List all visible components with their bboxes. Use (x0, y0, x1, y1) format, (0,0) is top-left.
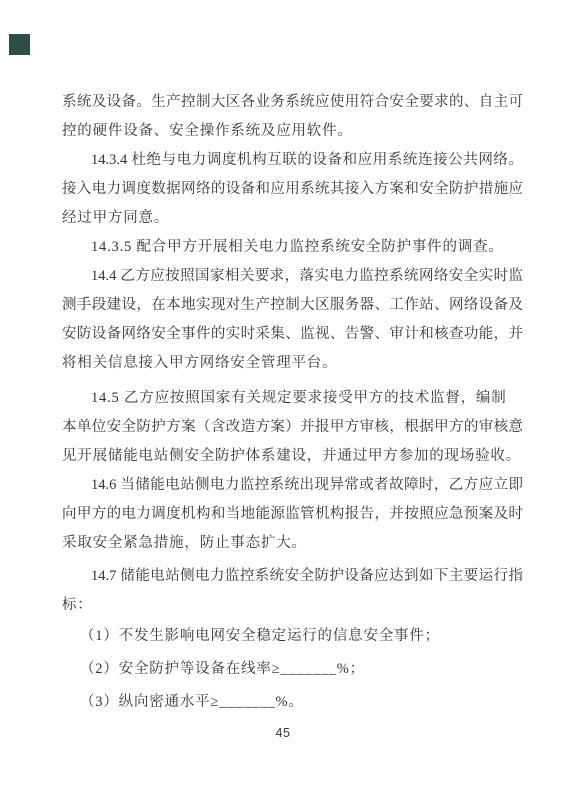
clause-14-6: 14.6 当储能电站侧电力监控系统出现异常或者故障时，乙方应立即 (62, 471, 523, 500)
list-item-2: （2）安全防护等设备在线率≥_______%； (62, 653, 523, 686)
list-item-1: （1）不发生影响电网安全稳定运行的信息安全事件； (62, 620, 523, 653)
document-text-block: 系统及设备。生产控制大区各业务系统应使用符合安全要求的、自主可 控的硬件设备、安… (62, 88, 523, 719)
text-line: 安防设备网络安全事件的实时采集、监视、告警、审计和核查功能，并 (62, 320, 523, 349)
clause-14-4: 14.4 乙方应按照国家相关要求，落实电力监控系统网络安全实时监 (62, 262, 523, 291)
text-line: 系统及设备。生产控制大区各业务系统应使用符合安全要求的、自主可 (62, 88, 523, 117)
page-number: 45 (0, 726, 566, 740)
text-line: 标： (62, 591, 523, 620)
text-line: 经过甲方同意。 (62, 204, 523, 233)
text-line: 控的硬件设备、安全操作系统及应用软件。 (62, 117, 523, 146)
text-line: 将相关信息接入甲方网络安全管理平台。 (62, 349, 523, 378)
text-line: 见开展储能电站侧安全防护体系建设，并通过甲方参加的现场验收。 (62, 442, 523, 471)
text-line: 本单位安全防护方案（含改造方案）并报甲方审核，根据甲方的审核意 (62, 413, 523, 442)
text-line: 测手段建设，在本地实现对生产控制大区服务器、工作站、网络设备及 (62, 291, 523, 320)
text-line: 接入电力调度数据网络的设备和应用系统其接入方案和安全防护措施应 (62, 175, 523, 204)
clause-14-3-4: 14.3.4 杜绝与电力调度机构互联的设备和应用系统连接公共网络。 (62, 146, 523, 175)
corner-mark (9, 34, 30, 55)
list-item-3: （3）纵向密通水平≥_______%。 (62, 686, 523, 719)
clause-14-3-5: 14.3.5 配合甲方开展相关电力监控系统安全防护事件的调查。 (62, 233, 523, 262)
clause-14-7: 14.7 储能电站侧电力监控系统安全防护设备应达到如下主要运行指 (62, 562, 523, 591)
text-line: 采取安全紧急措施，防止事态扩大。 (62, 529, 523, 558)
clause-14-5: 14.5 乙方应按照国家有关规定要求接受甲方的技术监督，编制 (62, 384, 523, 413)
text-line: 向甲方的电力调度机构和当地能源监管机构报告，并按照应急预案及时 (62, 500, 523, 529)
document-page: 系统及设备。生产控制大区各业务系统应使用符合安全要求的、自主可 控的硬件设备、安… (0, 0, 566, 800)
